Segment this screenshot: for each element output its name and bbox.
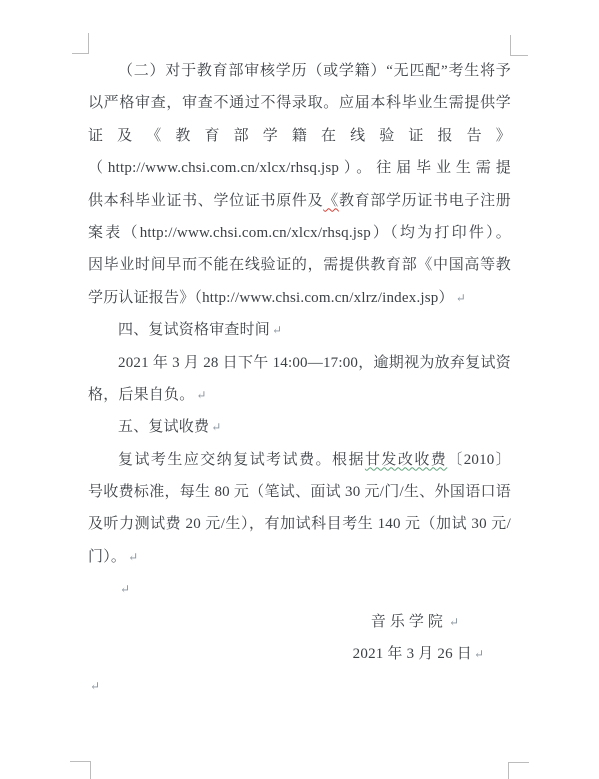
text-area: （二）对于教育部审核学历（或学籍）“无匹配”考生将予以严格审查，审查不通过不得录… <box>88 55 511 703</box>
text-line: （二）对于教育部审核学历（或学籍）“无匹配”考生将予 <box>88 55 511 87</box>
text-line: 2021 年 3 月 26 日↵ <box>88 638 511 670</box>
paragraph-mark-icon: ↵ <box>272 323 282 337</box>
text-line: 及听力测试费 20 元/生），有加试科目考生 140 元（加试 30 元/ <box>88 508 511 540</box>
text-segment: （二）对于教育部审核学历（或学籍）“无匹配”考生将予 <box>118 63 511 79</box>
text-line: 四、复试资格审查时间↵ <box>88 314 511 346</box>
crop-mark-bottom-left <box>70 761 91 779</box>
text-line: 音乐学院↵ <box>88 606 511 638</box>
text-segment: 证及《教育部学籍在线验证报告》 <box>88 128 511 144</box>
text-segment: 案表（http://www.chsi.com.cn/xlcx/rhsq.jsp）… <box>88 225 511 241</box>
paragraph-mark-icon: ↵ <box>120 582 130 596</box>
text-segment: 因毕业时间早而不能在线验证的，需提供教育部《中国高等教育 <box>88 257 511 281</box>
text-line: 号收费标准，每生 80 元（笔试、面试 30 元/门/生、外国语口语 <box>88 476 511 508</box>
crop-mark-top-right <box>510 35 528 56</box>
text-segment: 复试考生应交纳复试考试费。根据 <box>118 452 365 468</box>
text-line: 因毕业时间早而不能在线验证的，需提供教育部《中国高等教育 <box>88 249 511 281</box>
paragraph-mark-icon: ↵ <box>211 420 221 434</box>
crop-mark-top-left <box>72 33 89 54</box>
paragraph-mark-icon: ↵ <box>128 550 138 564</box>
text-segment: 以严格审查，审查不通过不得录取。应届本科毕业生需提供学生 <box>88 95 511 119</box>
paragraph-mark-icon: ↵ <box>474 647 484 661</box>
text-line: 证及《教育部学籍在线验证报告》 <box>88 120 511 152</box>
text-segment: （http://www.chsi.com.cn/xlcx/rhsq.jsp）。往… <box>88 160 511 176</box>
text-line: 以严格审查，审查不通过不得录取。应届本科毕业生需提供学生 <box>88 87 511 119</box>
text-line: 案表（http://www.chsi.com.cn/xlcx/rhsq.jsp）… <box>88 217 511 249</box>
text-segment: 号收费标准，每生 80 元（笔试、面试 30 元/门/生、外国语口语 <box>88 484 511 500</box>
text-segment: 2021 年 3 月 28 日下午 14:00—17:00，逾期视为放弃复试资 <box>118 355 511 371</box>
text-segment: 四、复试资格审查时间 <box>118 322 270 338</box>
text-line: ↵ <box>88 670 511 702</box>
text-segment: 及听力测试费 20 元/生），有加试科目考生 140 元（加试 30 元/ <box>88 516 511 532</box>
spellcheck-underline-segment: 《 <box>323 193 339 209</box>
text-line: 供本科毕业证书、学位证书原件及《教育部学历证书电子注册备 <box>88 185 511 217</box>
text-line: （http://www.chsi.com.cn/xlcx/rhsq.jsp）。往… <box>88 152 511 184</box>
text-segment: 五、复试收费 <box>118 419 209 435</box>
crop-mark-bottom-right <box>508 762 529 779</box>
text-segment: 格，后果自负。 <box>88 387 194 403</box>
text-segment: 门）。 <box>88 549 126 565</box>
text-line: ↵ <box>88 573 511 605</box>
text-segment: 供本科毕业证书、学位证书原件及 <box>88 193 323 209</box>
text-line: 门）。↵ <box>88 541 511 573</box>
paragraph-mark-icon: ↵ <box>90 679 100 693</box>
text-line: 2021 年 3 月 28 日下午 14:00—17:00，逾期视为放弃复试资 <box>88 347 511 379</box>
document-page: （二）对于教育部审核学历（或学籍）“无匹配”考生将予以严格审查，审查不通过不得录… <box>0 0 599 779</box>
paragraph-mark-icon: ↵ <box>449 615 459 629</box>
paragraph-mark-icon: ↵ <box>196 388 206 402</box>
text-segment: 学历认证报告》（http://www.chsi.com.cn/xlrz/inde… <box>88 290 454 306</box>
grammar-underline-segment: 甘发改收费 <box>365 452 447 468</box>
text-line: 五、复试收费↵ <box>88 411 511 443</box>
paragraph-mark-icon: ↵ <box>456 291 466 305</box>
text-segment: 2021 年 3 月 26 日 <box>353 646 472 662</box>
text-segment: 音乐学院 <box>371 614 447 630</box>
text-line: 学历认证报告》（http://www.chsi.com.cn/xlrz/inde… <box>88 282 511 314</box>
text-line: 复试考生应交纳复试考试费。根据甘发改收费〔2010〕1915 <box>88 444 511 476</box>
text-line: 格，后果自负。↵ <box>88 379 511 411</box>
